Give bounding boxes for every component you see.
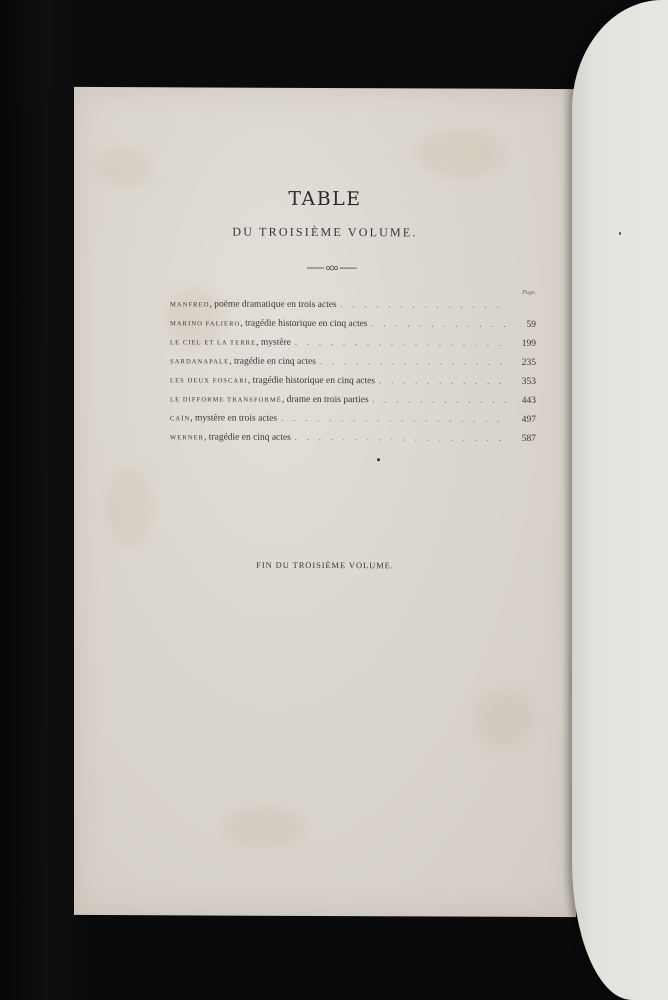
toc-entry-title: Le Ciel et la Terre xyxy=(170,339,256,346)
toc-entry: Les Deux Foscari , tragédie historique e… xyxy=(170,375,536,391)
toc-entry-title: Marino Faliero xyxy=(170,320,240,327)
closing-line: FIN DU TROISIÈME VOLUME. xyxy=(74,559,576,571)
foxing-stain xyxy=(224,808,304,848)
toc-entry-description: , poëme dramatique en trois actes xyxy=(209,299,336,310)
dot-leader: . . . . . . . . . . . . . . . . . . . . … xyxy=(281,414,508,424)
foxing-stain xyxy=(414,128,504,178)
toc-entry-description: , tragédie historique en cinq actes xyxy=(248,376,375,387)
toc-entry: Marino Faliero , tragédie historique en … xyxy=(170,318,536,334)
toc-entry-page: 353 xyxy=(514,377,536,387)
foxing-stain xyxy=(474,689,534,749)
book-page-right-curled xyxy=(572,0,668,1000)
toc-entry-page: 235 xyxy=(514,358,536,368)
foxing-stain xyxy=(104,467,154,547)
dot-leader: . . . . . . . . . . . . . . . . . . . . … xyxy=(379,376,508,386)
toc-entry-description: , tragédie historique en cinq actes xyxy=(240,319,367,330)
toc-entry-description: , mystère en trois actes xyxy=(190,413,277,423)
toc-entry-page: 443 xyxy=(514,396,536,406)
toc-entry-title: Werner xyxy=(170,434,204,441)
ink-dot xyxy=(377,458,380,461)
foxing-stain xyxy=(94,147,154,187)
table-of-contents: Page. Manfred , poëme dramatique en troi… xyxy=(170,291,536,293)
toc-entry-title: Les Deux Foscari xyxy=(170,377,248,384)
book-page-left: TABLE DU TROISIÈME VOLUME. Page. Manfred… xyxy=(74,87,576,917)
toc-entry-page: 199 xyxy=(514,339,536,349)
dot-leader: . . . . . . . . . . . . . . . . . . . . … xyxy=(373,395,508,405)
toc-entry-title: Sardanapale xyxy=(170,358,229,365)
toc-entry-page: 59 xyxy=(514,320,536,330)
dot-leader: . . . . . . . . . . . . . . . . . . . . … xyxy=(372,319,508,329)
ink-speck xyxy=(619,232,621,235)
page-subtitle: DU TROISIÈME VOLUME. xyxy=(74,224,576,241)
page-column-label: Page. xyxy=(522,290,536,296)
toc-entry-page: 587 xyxy=(514,434,536,444)
toc-entry-description: , tragédie en cinq actes xyxy=(204,432,291,442)
page-title: TABLE xyxy=(74,187,576,211)
ornament-divider-icon xyxy=(307,265,357,271)
toc-entry: Le Difforme transformé , drame en trois … xyxy=(170,394,536,410)
toc-entry: Manfred , poëme dramatique en trois acte… xyxy=(170,299,536,315)
photo-stage: TABLE DU TROISIÈME VOLUME. Page. Manfred… xyxy=(0,0,668,1000)
toc-entry-description: , tragédie en cinq actes xyxy=(229,357,316,367)
dot-leader: . . . . . . . . . . . . . . . . . . . . … xyxy=(295,433,508,443)
toc-entry: Caïn , mystère en trois actes . . . . . … xyxy=(170,413,536,429)
toc-entry-description: , mystère xyxy=(256,338,291,348)
toc-entry: Sardanapale , tragédie en cinq actes . .… xyxy=(170,356,536,372)
dot-leader: . . . . . . . . . . . . . . . . . . . . … xyxy=(320,357,508,367)
dot-leader: . . . . . . . . . . . . . . . . . . . . … xyxy=(341,300,508,310)
toc-entry-title: Le Difforme transformé xyxy=(170,396,282,403)
dot-leader: . . . . . . . . . . . . . . . . . . . . … xyxy=(295,338,508,348)
toc-entry-page: 497 xyxy=(514,415,536,425)
toc-entry-description: , drame en trois parties xyxy=(282,395,369,405)
toc-entry: Le Ciel et la Terre , mystère . . . . . … xyxy=(170,337,536,353)
toc-entry-title: Manfred xyxy=(170,301,209,308)
toc-entry: Werner , tragédie en cinq actes . . . . … xyxy=(170,432,536,448)
toc-entry-title: Caïn xyxy=(170,415,190,422)
